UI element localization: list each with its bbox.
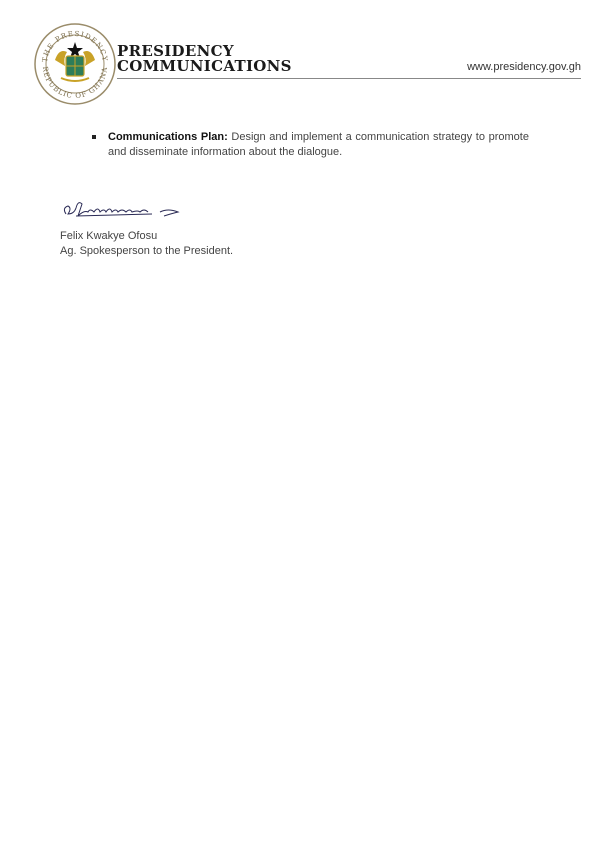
brand-line-2: COMMUNICATIONS — [117, 59, 292, 74]
signatory-name: Felix Kwakye Ofosu — [60, 229, 233, 244]
bullet-communications-plan: Communications Plan: Design and implemen… — [92, 130, 529, 160]
presidency-seal-logo: THE PRESIDENCY REPUBLIC OF GHANA — [33, 22, 117, 106]
signatory-block: Felix Kwakye Ofosu Ag. Spokesperson to t… — [60, 229, 233, 259]
signature-image — [60, 196, 190, 222]
header-divider — [117, 78, 581, 79]
brand-name: PRESIDENCY COMMUNICATIONS — [117, 44, 292, 74]
signatory-title: Ag. Spokesperson to the President. — [60, 244, 233, 259]
website-url[interactable]: www.presidency.gov.gh — [467, 61, 581, 73]
bullet-title: Communications Plan: — [108, 131, 228, 143]
bullet-text: Communications Plan: Design and implemen… — [108, 130, 529, 160]
bullet-square-icon — [92, 135, 96, 139]
